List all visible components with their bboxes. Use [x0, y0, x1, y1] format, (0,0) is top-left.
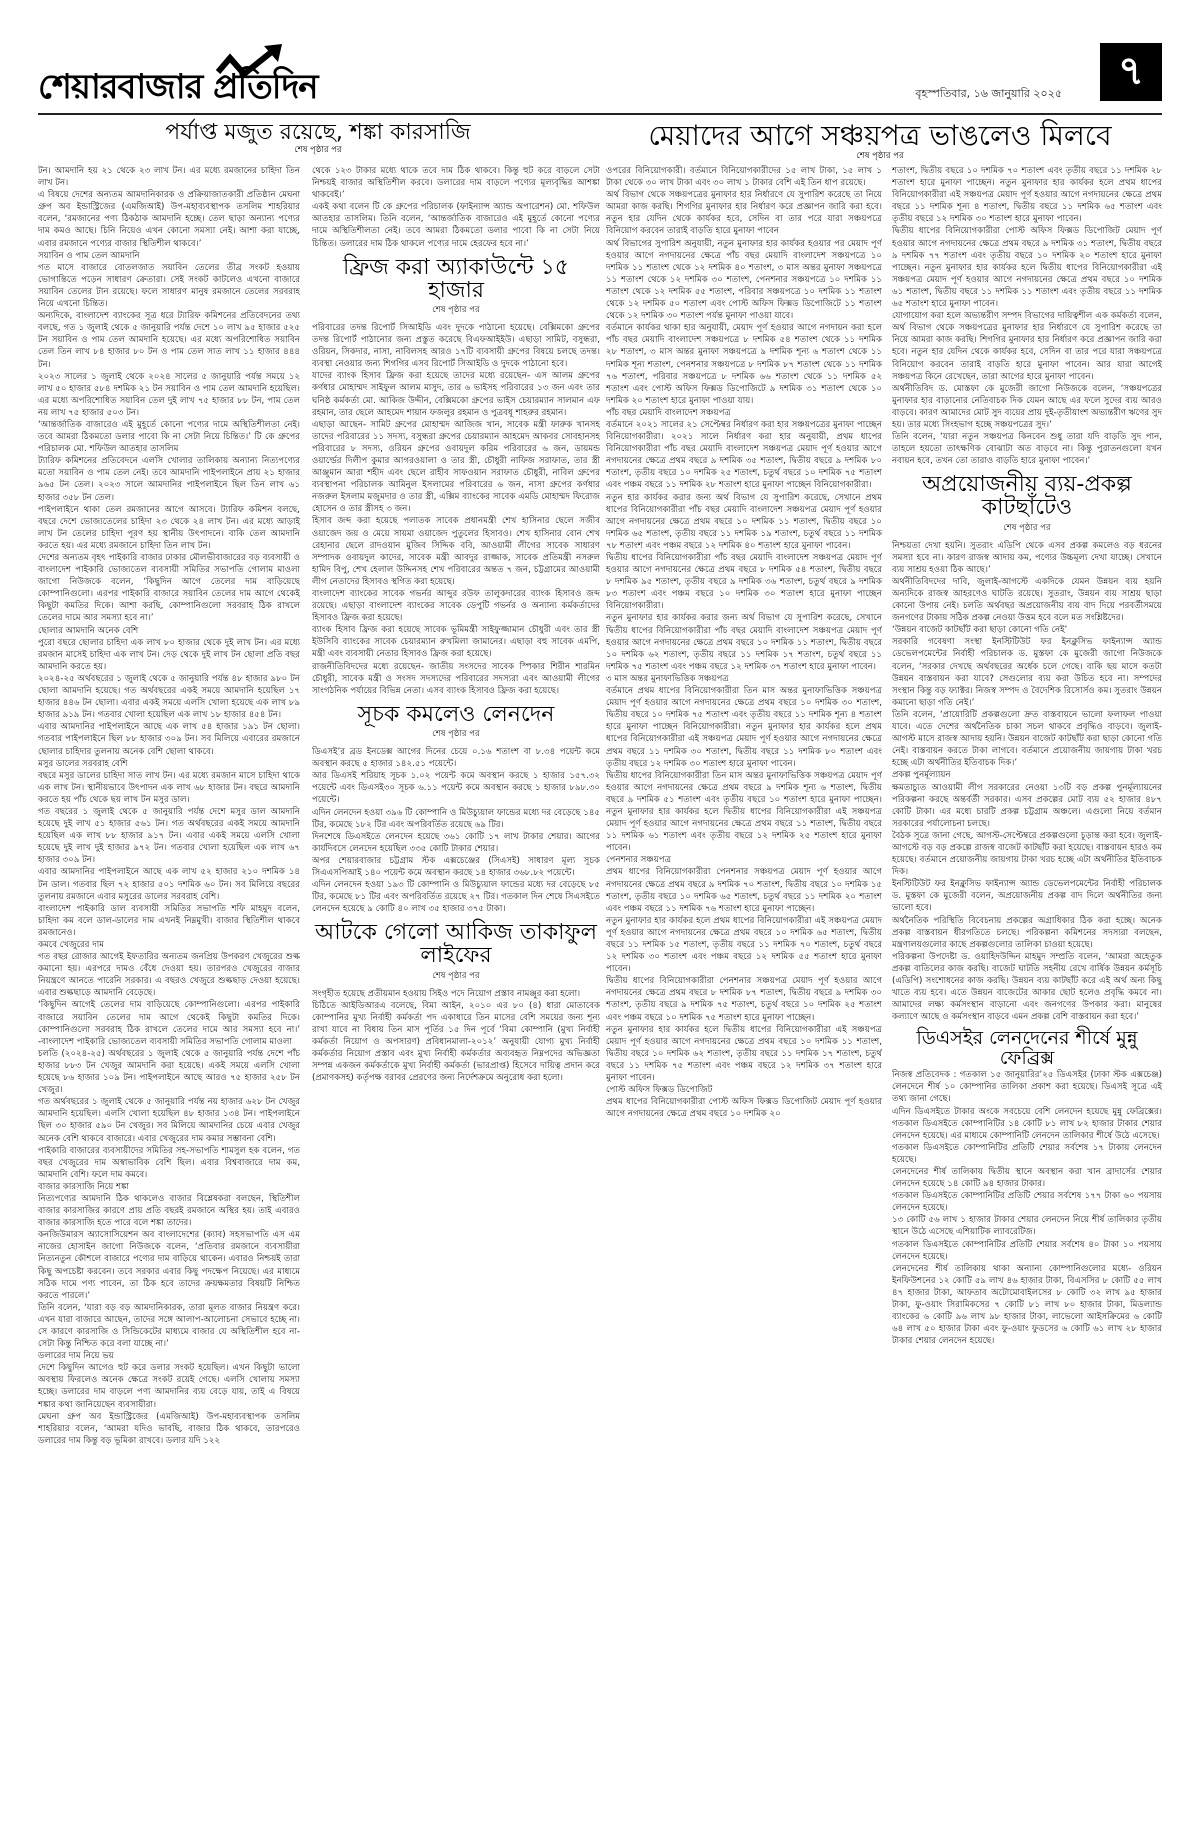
paragraph: প্রথম ধাপের বিনিয়োগকারীরা পোস্ট অফিস ফি… — [606, 1096, 882, 1120]
paragraph: দ্বিতীয় ধাপের বিনিয়োগকারীরা পাঁচ বছর ম… — [606, 552, 882, 612]
pull-quote: ‘আন্তর্জাতিক বাজারেও এই মুহূর্তে কোনো পণ… — [38, 419, 300, 455]
paragraph: অর্থনীতিবিদদের দাবি, জুলাই-আগস্টে একদিকে… — [892, 576, 1162, 624]
subheading: প্রকল্প পুনর্মূল্যায়ন — [892, 769, 1162, 781]
paragraph: বাংলাদেশ ব্যাংকের সাবেক গভর্নর আব্দুর রউ… — [312, 588, 600, 624]
paragraph: বৈঠক সূত্রে জানা গেছে, আগস্ট-সেপ্টেম্বরে… — [892, 830, 1162, 878]
headline-akij: আটকে গেলো আকিজ তাকাফুল লাইফের — [312, 921, 600, 967]
masthead: শেয়ারবাজার প্রতিদিন বৃহস্পতিবার, ১৬ জান… — [38, 40, 1162, 115]
continued-label: শেষ পৃষ্ঠার পর — [312, 728, 600, 740]
column-4: শতাংশ, দ্বিতীয় বছরে ১০ দশমিক ৭০ শতাংশ এ… — [892, 165, 1162, 1815]
headline-dse: ডিএসইর লেনদেনের শীর্ষে মুন্নু ফেব্রিক্স — [892, 1029, 1162, 1069]
paragraph: বর্তমানে কার্যকর থাকা হার অনুযায়ী, মেয়… — [606, 322, 882, 407]
column-2: থেকে ১২৩ টাকার মধ্যে থাকে তবে দাম ঠিক থা… — [312, 165, 600, 1815]
paragraph: গতকাল ডিএসইতে কোম্পানিটির প্রতিটি শেয়ার… — [892, 1142, 1162, 1166]
continued-label: শেষ পৃষ্ঠার পর — [312, 970, 600, 982]
paragraph: দ্বিতীয় ধাপের বিনিয়োগকারীরা পেনশনার সঞ… — [606, 975, 882, 1023]
paragraph: অর্থ বিভাগের সুপারিশ অনুযায়ী, নতুন মুনা… — [606, 238, 882, 323]
article-stock-continued: থেকে ১২৩ টাকার মধ্যে থাকে তবে দাম ঠিক থা… — [312, 165, 600, 250]
article-savings-body: ওপরের বিনিয়োগকারী। বর্তমানে বিনিয়োগকার… — [606, 165, 882, 1120]
paragraph: পরিবারের তদন্ত রিপোর্ট সিআইডি এবং দুদকে … — [312, 322, 600, 370]
paragraph: পাইপলাইনে থাকা তেল রমজানের আগে আসবে। ট্য… — [38, 504, 300, 552]
paragraph: ২০২৩ সালের ১ জুলাই থেকে ২০২৪ সালের ৫ জান… — [38, 371, 300, 419]
subheading: পেনশনার সঞ্চয়পত্র — [606, 854, 882, 866]
paragraph: রাজনীতিবিদদের মধ্যে রয়েছেন- জাতীয় সংসদ… — [312, 661, 600, 697]
column-3: ওপরের বিনিয়োগকারী। বর্তমানে বিনিয়োগকার… — [606, 165, 882, 1815]
paragraph: প্রথম ধাপের বিনিয়োগকারীরা পেনশনার সঞ্চয… — [606, 866, 882, 914]
paragraph: চলতি (২০২৪-২৫) অর্থবছরের ১ জুলাই থেকে ৫ … — [38, 1048, 300, 1096]
paragraph: শতাংশ, দ্বিতীয় বছরে ১০ দশমিক ৭০ শতাংশ এ… — [892, 165, 1162, 225]
paragraph: নিজস্ব প্রতিবেদক : গতকাল ১৫ জানুয়ারির’২… — [892, 1069, 1162, 1105]
paragraph: এদিন লেনদেন হওয়া ৩৯৬ টি কোম্পানি ও মিউচ… — [312, 807, 600, 831]
paragraph: তিনি বলেন, ‘যারা নতুন সঞ্চয়পত্র কিনবেন … — [892, 431, 1162, 467]
paragraph: বর্তমানে ২০২১ সালের ২১ সেপ্টেম্বর নির্ধা… — [606, 419, 882, 492]
headline-budget: অপ্রয়োজনীয় ব্যয়-প্রকল্প কাটছাঁটেও — [892, 473, 1162, 519]
column-1: টন। আমদানি হয় ২১ থেকে ২৩ লাখ টন। এর মধ্… — [38, 165, 300, 1815]
paragraph: যাদের ব্যাংক হিসাব ফ্রিজ করা হয়েছে তাদে… — [312, 370, 600, 418]
paragraph: লেনদেনের শীর্ষ তালিকায় দ্বিতীয় স্থানে … — [892, 1166, 1162, 1190]
paragraph: কনজিউমারস অ্যাসোসিয়েশন অব বাংলাদেশের (ক… — [38, 1229, 300, 1302]
paragraph: দেশের অন্যতম বৃহৎ পাইকারি বাজার ঢাকার মৌ… — [38, 552, 300, 625]
paragraph: অপর শেয়ারবাজার চট্টগ্রাম স্টক এক্সচেঞ্জ… — [312, 855, 600, 879]
subheading: ডলারের দাম নিয়ে ভয় — [38, 1350, 300, 1362]
headline-freeze: ফ্রিজ করা অ্যাকাউন্টে ১৫ হাজার — [312, 256, 600, 302]
page-number: ৭ — [1100, 43, 1162, 101]
paragraph: ট্যারিফ কমিশনের প্রতিবেদনে এলসি খোলার তা… — [38, 455, 300, 503]
paragraph: ওপরের বিনিয়োগকারী। বর্তমানে বিনিয়োগকার… — [606, 165, 882, 189]
issue-date: বৃহস্পতিবার, ১৬ জানুয়ারি ২০২৫ — [915, 85, 1062, 104]
paragraph: গত বছর রোজার আগেই ইফতারির অন্যতম জনপ্রিয… — [38, 951, 300, 999]
paragraph: পাইকারি বাজারের ব্যবসায়ীদের সমিতির সহ-স… — [38, 1145, 300, 1181]
paragraph: গত বছরের ১ জুলাই থেকে ৫ জানুয়ারি পর্যন্… — [38, 806, 300, 866]
paragraph: এবার আমদানির পাইপলাইনে আছে এক লাখ ৫২ হাজ… — [38, 866, 300, 902]
headline-index: সূচক কমলেও লেনদেন — [312, 703, 600, 726]
subheading: ৩ মাস অন্তর মুনাফাভিত্তিক সঞ্চয়পত্র — [606, 673, 882, 685]
paragraph: লেনদেনের শীর্ষ তালিকায় থাকা অন্যান্য কো… — [892, 1263, 1162, 1348]
paragraph: বাংলাদেশ পাইকারি ডাল ব্যবসায়ী সমিতির সভ… — [38, 903, 300, 939]
paragraph: নতুন হার কার্যকর করার জন্য অর্থ বিভাগ যে… — [606, 492, 882, 552]
paragraph: হিসাব জব্দ করা হয়েছে পলাতক সাবেক প্রধান… — [312, 515, 600, 588]
subheading: ছোলার আমদানি অনেক বেশি — [38, 625, 300, 637]
subheading: ‘উন্নয়ন বাজেট কাটছাঁট করা ছাড়া কোনো গত… — [892, 624, 1162, 636]
subheading: পোস্ট অফিস ফিক্সড ডিপোজিট — [606, 1084, 882, 1096]
paragraph: এদিন ডিএসইতে টাকার অংকে সবচেয়ে বেশি লেন… — [892, 1106, 1162, 1142]
headline-stock: পর্যাপ্ত মজুত রয়েছে, শঙ্কা কারসাজি শেষ … — [38, 122, 598, 155]
paragraph: টন। আমদানি হয় ২১ থেকে ২৩ লাখ টন। এর মধ্… — [38, 165, 300, 189]
paragraph: ক্ষমতাচ্যুত আওয়ামী লীগ সরকারের নেওয়া ১… — [892, 782, 1162, 830]
paragraph: দেশে কিছুদিন আগেও হুট করে ডলার সংকট হয়ে… — [38, 1362, 300, 1410]
paragraph: সংগৃহীত হয়েছে প্রতীয়মান হওয়ায় সিইও প… — [312, 988, 600, 1000]
paragraph: আর ডিএসই শরিয়াহ সূচক ১.০২ পয়েন্ট কমে অ… — [312, 770, 600, 806]
paragraph: এবার আমদানির পাইপলাইনে আছে এক লাখ ৫৪ হাজ… — [38, 721, 300, 757]
subheading: পাঁচ বছর মেয়াদি বাংলাদেশ সঞ্চয়পত্র — [606, 407, 882, 419]
paragraph: ২০২৪-২৫ অর্থবছরের ১ জুলাই থেকে ৫ জানুয়া… — [38, 673, 300, 721]
continued-label: শেষ পৃষ্ঠার পর — [38, 146, 598, 155]
paragraph: থেকে ১২৩ টাকার মধ্যে থাকে তবে দাম ঠিক থা… — [312, 165, 600, 201]
paragraph: এছাড়া আছেন- সামিট গ্রুপের মোহাম্মদ আজিজ… — [312, 419, 600, 516]
subheading: সয়াবিন ও পাম তেল আমদানি — [38, 250, 300, 262]
paragraph: পরিকল্পনা উপদেষ্টা ড. ওয়াহিদউদ্দিন মাহম… — [892, 951, 1162, 1024]
headline-text: পর্যাপ্ত মজুত রয়েছে, শঙ্কা কারসাজি — [38, 122, 598, 144]
paragraph: অর্থ বিভাগ থেকে সঞ্চয়পত্রের মুনাফার হার… — [606, 189, 882, 237]
paragraph: অর্থনৈতিক পরিস্থিতি বিবেচনায় প্রকল্পের … — [892, 915, 1162, 951]
article-stock-body: টন। আমদানি হয় ২১ থেকে ২৩ লাখ টন। এর মধ্… — [38, 165, 300, 1447]
paragraph: নিশ্চয়তা দেখা হয়নি। সুতরাং এডিপি থেকে … — [892, 540, 1162, 576]
paragraph: অন্যদিকে, বাংলাদেশ ব্যাংকের সূত্র ধরে ট্… — [38, 310, 300, 370]
subheading: বাজার কারসাজি নিয়ে শঙ্কা — [38, 1181, 300, 1193]
paragraph: এদিন লেনদেন হওয়া ১৯৩ টি কোম্পানি ও মিউচ… — [312, 879, 600, 915]
newspaper-logo: শেয়ারবাজার প্রতিদিন — [38, 70, 318, 104]
paragraph: দ্বিতীয় ধাপের বিনিয়োগকারীরা পোস্ট অফিস… — [892, 225, 1162, 310]
paragraph: তিনি বলেন, ‘প্রায়োরিটি প্রকল্পগুলো দ্রু… — [892, 709, 1162, 769]
article-index: সূচক কমলেও লেনদেন শেষ পৃষ্ঠার পর ডিএসই’র… — [312, 703, 600, 916]
paragraph: গতকাল ডিএসইতে কোম্পানিটির প্রতিটি শেয়ার… — [892, 1239, 1162, 1263]
paragraph: এ বিষয়ে দেশের অন্যতম আমদানিকারক ও প্রক্… — [38, 189, 300, 249]
masthead-rule — [38, 113, 1162, 115]
paragraph: মেঘনা গ্রুপ অব ইন্ডাস্ট্রিজের (এমজিআই) উ… — [38, 1411, 300, 1447]
paragraph: বছরে মসুর ডালের চাহিদা সাত লাখ টন। এর মধ… — [38, 770, 300, 806]
paragraph: ইনস্টিটিউট ফর ইনক্লুসিভ ফাইন্যান্স অ্যান… — [892, 878, 1162, 914]
paragraph: একই কথা বলেন টি কে গ্রুপের পরিচালক (ফাইন… — [312, 201, 600, 249]
paragraph: গত অর্থবছরের ১ জুলাই থেকে ৫ জানুয়ারি পর… — [38, 1096, 300, 1144]
continued-label: শেষ পৃষ্ঠার পর — [600, 152, 1160, 161]
paragraph: নতুন মুনাফার হার কার্যকর করার জন্য অর্থ … — [606, 612, 882, 672]
paragraph: নতুন মুনাফার হার কার্যকর হলে দ্বিতীয় ধা… — [606, 1024, 882, 1084]
continued-label: শেষ পৃষ্ঠার পর — [312, 304, 600, 316]
paragraph: গতকাল ডিএসইতে কোম্পানিটির প্রতিটি শেয়ার… — [892, 1190, 1162, 1214]
article-freeze: ফ্রিজ করা অ্যাকাউন্টে ১৫ হাজার শেষ পৃষ্ঠ… — [312, 256, 600, 697]
paragraph: নিত্যপণ্যের আমদানি ঠিক থাকলেও বাজার বিশ্… — [38, 1193, 300, 1229]
paragraph: তিনি বলেন, ‘যারা বড় বড় আমদানিকারক, তার… — [38, 1302, 300, 1350]
paragraph: ডিএসই’র ব্রড ইনডেক্স আগের দিনের চেয়ে ০.… — [312, 746, 600, 770]
paragraph: চিঠিতে আইডিআরএ বলেছে, বিমা আইন, ২০১০ এর … — [312, 1000, 600, 1085]
paragraph: ব্যাংক হিসাব ফ্রিজ করা হয়েছে সাবেক ভূমি… — [312, 624, 600, 660]
headline-savings: মেয়াদের আগে সঞ্চয়পত্র ভাঙলেও মিলবে শেষ… — [600, 122, 1160, 161]
paragraph: যোগাযোগ করা হলে অভ্যন্তরীণ সম্পদ বিভাগের… — [892, 310, 1162, 383]
paragraph: পুরো বছরে ছোলার চাহিদা এক লাখ ৮০ হাজার থ… — [38, 637, 300, 673]
headline-text: মেয়াদের আগে সঞ্চয়পত্র ভাঙলেও মিলবে — [600, 122, 1160, 150]
paragraph: বর্তমানে প্রথম ধাপের বিনিয়োগকারীরা তিন … — [606, 685, 882, 770]
paragraph: অর্থনীতিবিদ ড. মোস্তফা কে মুজেরী জাগো নি… — [892, 383, 1162, 431]
paragraph: গত মাসে বাজারে বোতলজাত সয়াবিন তেলের তীব… — [38, 262, 300, 310]
subheading: মসুর ডালের সরবরাহ বেশি — [38, 758, 300, 770]
paragraph: দ্বিতীয় ধাপের বিনিয়োগকারীরা তিন মাস অন… — [606, 770, 882, 855]
paragraph: ১৩ কোটি ৫৬ লাখ ১ হাজার টাকার শেয়ার লেনদ… — [892, 1214, 1162, 1238]
paragraph: দিনশেষে ডিএসইতে লেনদেন হয়েছে ৩৬১ কোটি ১… — [312, 831, 600, 855]
article-dse: ডিএসইর লেনদেনের শীর্ষে মুন্নু ফেব্রিক্স … — [892, 1029, 1162, 1347]
pull-quote: ‘কিছুদিন আগেই তেলের দাম বাড়িয়েছে কোম্প… — [38, 999, 300, 1047]
subheading: কমবে খেজুরের দাম — [38, 939, 300, 951]
article-budget: অপ্রয়োজনীয় ব্যয়-প্রকল্প কাটছাঁটেও শেষ… — [892, 473, 1162, 1023]
paragraph: নতুন মুনাফার হার কার্যকর হলে প্রথম ধাপের… — [606, 915, 882, 975]
article-savings-continued: শতাংশ, দ্বিতীয় বছরে ১০ দশমিক ৭০ শতাংশ এ… — [892, 165, 1162, 467]
article-akij: আটকে গেলো আকিজ তাকাফুল লাইফের শেষ পৃষ্ঠা… — [312, 921, 600, 1084]
continued-label: শেষ পৃষ্ঠার পর — [892, 522, 1162, 534]
paragraph: সরকারি গবেষণা সংস্থা ইনস্টিটিউট ফর ইনক্ল… — [892, 636, 1162, 709]
